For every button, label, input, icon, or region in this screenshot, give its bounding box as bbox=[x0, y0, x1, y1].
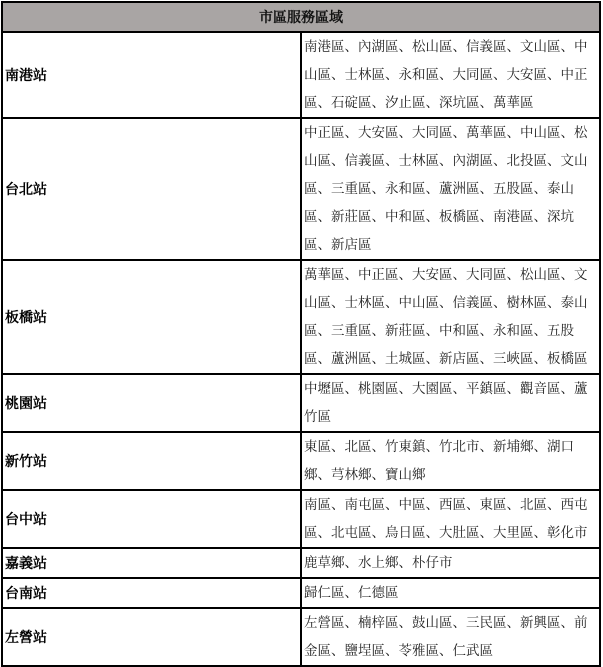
station-areas: 南港區、內湖區、松山區、信義區、文山區、中山區、士林區、永和區、大同區、大安區、… bbox=[301, 32, 600, 118]
table-title: 市區服務區域 bbox=[2, 2, 600, 32]
table-row: 台北站 中正區、大安區、大同區、萬華區、中山區、松山區、信義區、士林區、內湖區、… bbox=[2, 118, 600, 260]
table-row: 南港站 南港區、內湖區、松山區、信義區、文山區、中山區、士林區、永和區、大同區、… bbox=[2, 32, 600, 118]
station-areas: 中正區、大安區、大同區、萬華區、中山區、松山區、信義區、士林區、內湖區、北投區、… bbox=[301, 118, 600, 260]
station-name: 桃園站 bbox=[2, 374, 301, 432]
station-name: 台北站 bbox=[2, 118, 301, 260]
table-header-row: 市區服務區域 bbox=[2, 2, 600, 32]
service-area-table-container: 市區服務區域 南港站 南港區、內湖區、松山區、信義區、文山區、中山區、士林區、永… bbox=[0, 0, 603, 476]
station-areas: 萬華區、中正區、大安區、大同區、松山區、文山區、士林區、中山區、信義區、樹林區、… bbox=[301, 260, 600, 374]
station-name: 新竹站 bbox=[2, 432, 301, 476]
table-row: 板橋站 萬華區、中正區、大安區、大同區、松山區、文山區、士林區、中山區、信義區、… bbox=[2, 260, 600, 374]
station-areas: 東區、北區、竹東鎮、竹北市、新埔鄉、湖口鄉、芎林鄉、寶山鄉 bbox=[301, 432, 600, 476]
service-area-table: 市區服務區域 南港站 南港區、內湖區、松山區、信義區、文山區、中山區、士林區、永… bbox=[1, 1, 601, 476]
station-name: 板橋站 bbox=[2, 260, 301, 374]
station-name: 南港站 bbox=[2, 32, 301, 118]
table-row: 桃園站 中壢區、桃園區、大園區、平鎮區、觀音區、蘆竹區 bbox=[2, 374, 600, 432]
table-row: 新竹站 東區、北區、竹東鎮、竹北市、新埔鄉、湖口鄉、芎林鄉、寶山鄉 bbox=[2, 432, 600, 476]
station-areas: 中壢區、桃園區、大園區、平鎮區、觀音區、蘆竹區 bbox=[301, 374, 600, 432]
